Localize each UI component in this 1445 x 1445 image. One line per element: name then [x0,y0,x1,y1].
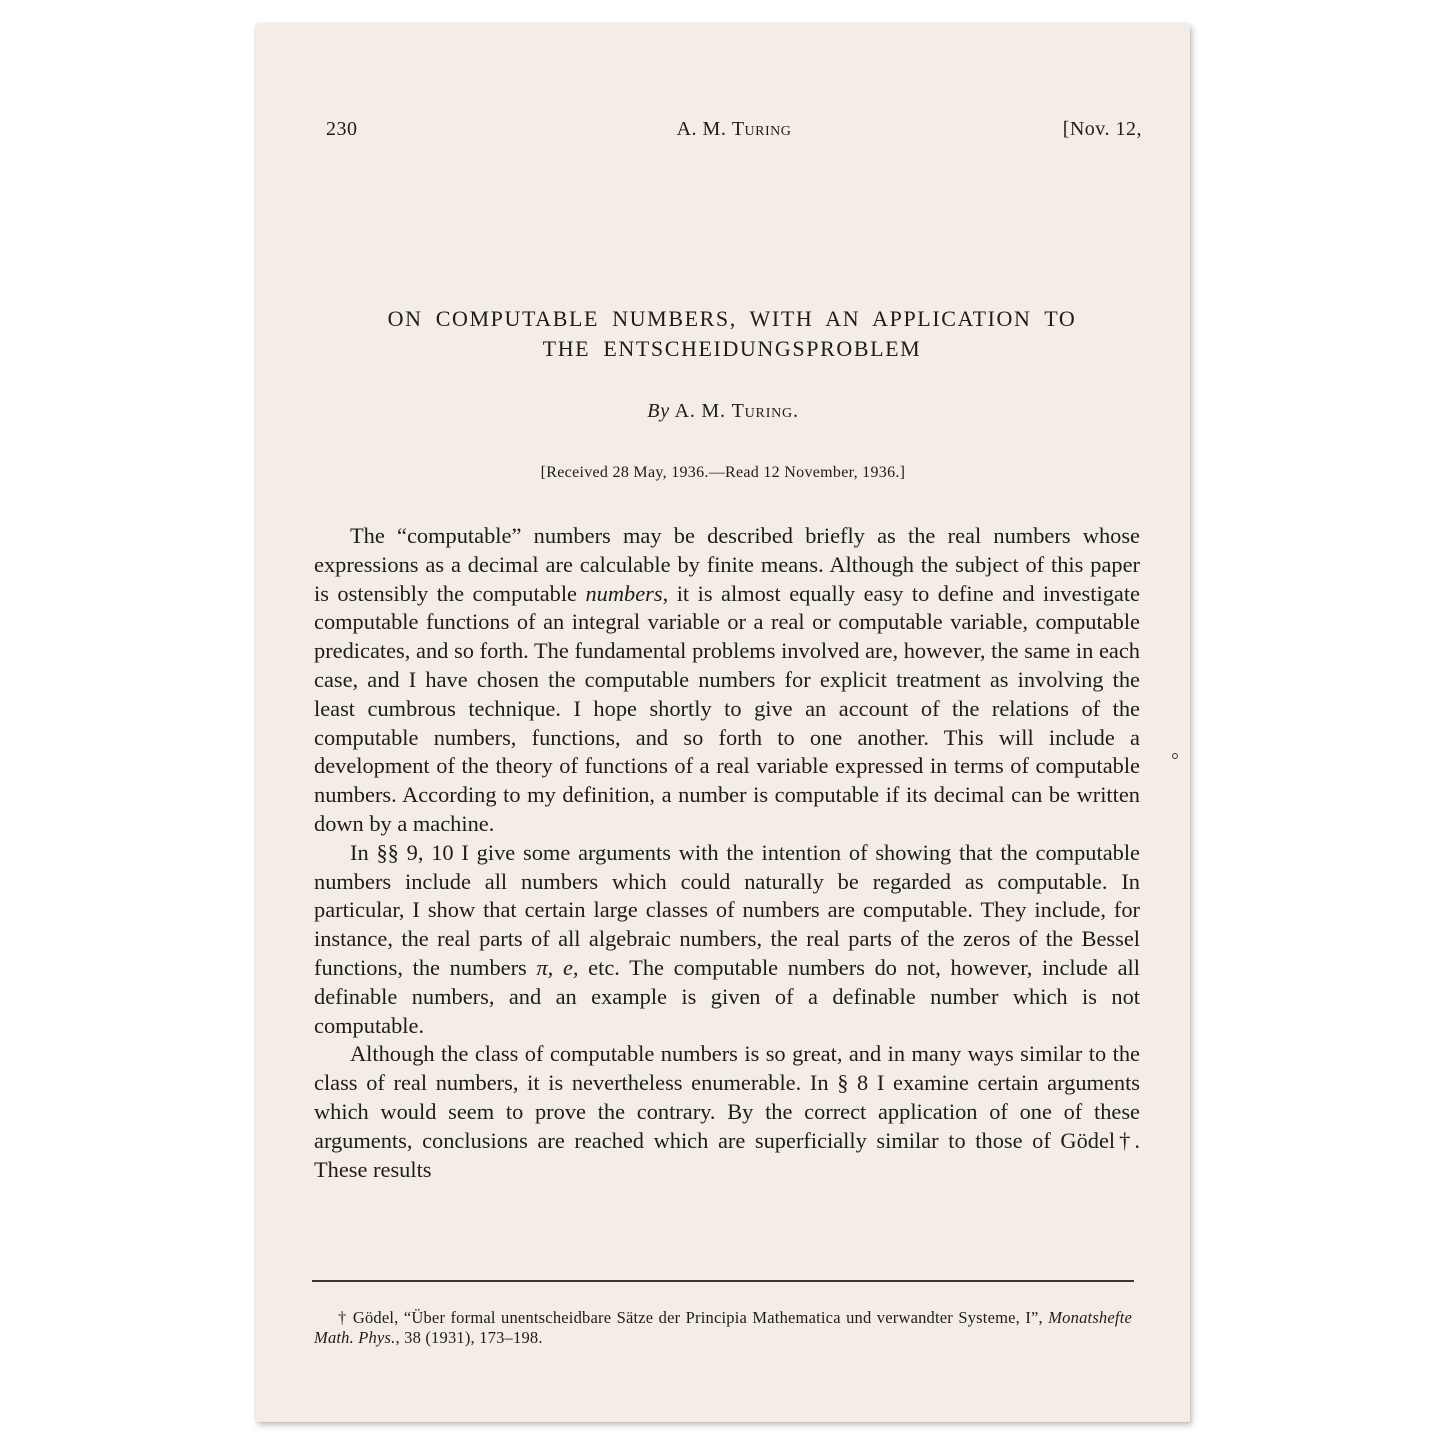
paragraph-1: The “computable” numbers may be describe… [314,522,1140,839]
title-line-2: THE ENTSCHEIDUNGSPROBLEM [322,334,1142,364]
emphasis: π, e, [536,955,578,980]
paragraph-2: In §§ 9, 10 I give some arguments with t… [314,839,1140,1041]
byline: By A. M. Turing. [256,400,1190,423]
footnote-reference: , 38 (1931), 173–198. [395,1328,542,1347]
byline-by: By [647,400,670,422]
author-initials: A. M. [677,118,732,140]
footnote-text: † Gödel, “Über formal unentscheidbare Sä… [314,1308,1132,1348]
body-text: The “computable” numbers may be describe… [314,522,1140,1184]
running-head-date: [Nov. 12, [1063,118,1142,141]
footnote-citation: † Gödel, “Über formal unentscheidbare Sä… [338,1308,1048,1327]
received-note: [Received 28 May, 1936.—Read 12 November… [256,464,1190,482]
author-surname: Turing [732,118,792,140]
running-head-author: A. M. Turing [326,118,1142,141]
paper-title: ON COMPUTABLE NUMBERS, WITH AN APPLICATI… [322,304,1142,364]
running-head: 230 A. M. Turing [Nov. 12, [326,118,1142,144]
journal-page: 230 A. M. Turing [Nov. 12, ON COMPUTABLE… [256,24,1190,1422]
byline-surname: Turing [732,400,793,422]
paper-speck-mark [1172,753,1178,759]
paragraph-text: Although the class of computable numbers… [314,1041,1140,1181]
paragraph-3: Although the class of computable numbers… [314,1040,1140,1184]
title-line-1: ON COMPUTABLE NUMBERS, WITH AN APPLICATI… [322,304,1142,334]
paragraph-text: , it is almost equally easy to define an… [314,581,1140,836]
emphasis: numbers [585,581,662,606]
byline-initials: A. M. [670,400,732,422]
footnote: † Gödel, “Über formal unentscheidbare Sä… [314,1308,1132,1348]
byline-period: . [793,400,799,422]
footnote-rule [312,1280,1134,1282]
